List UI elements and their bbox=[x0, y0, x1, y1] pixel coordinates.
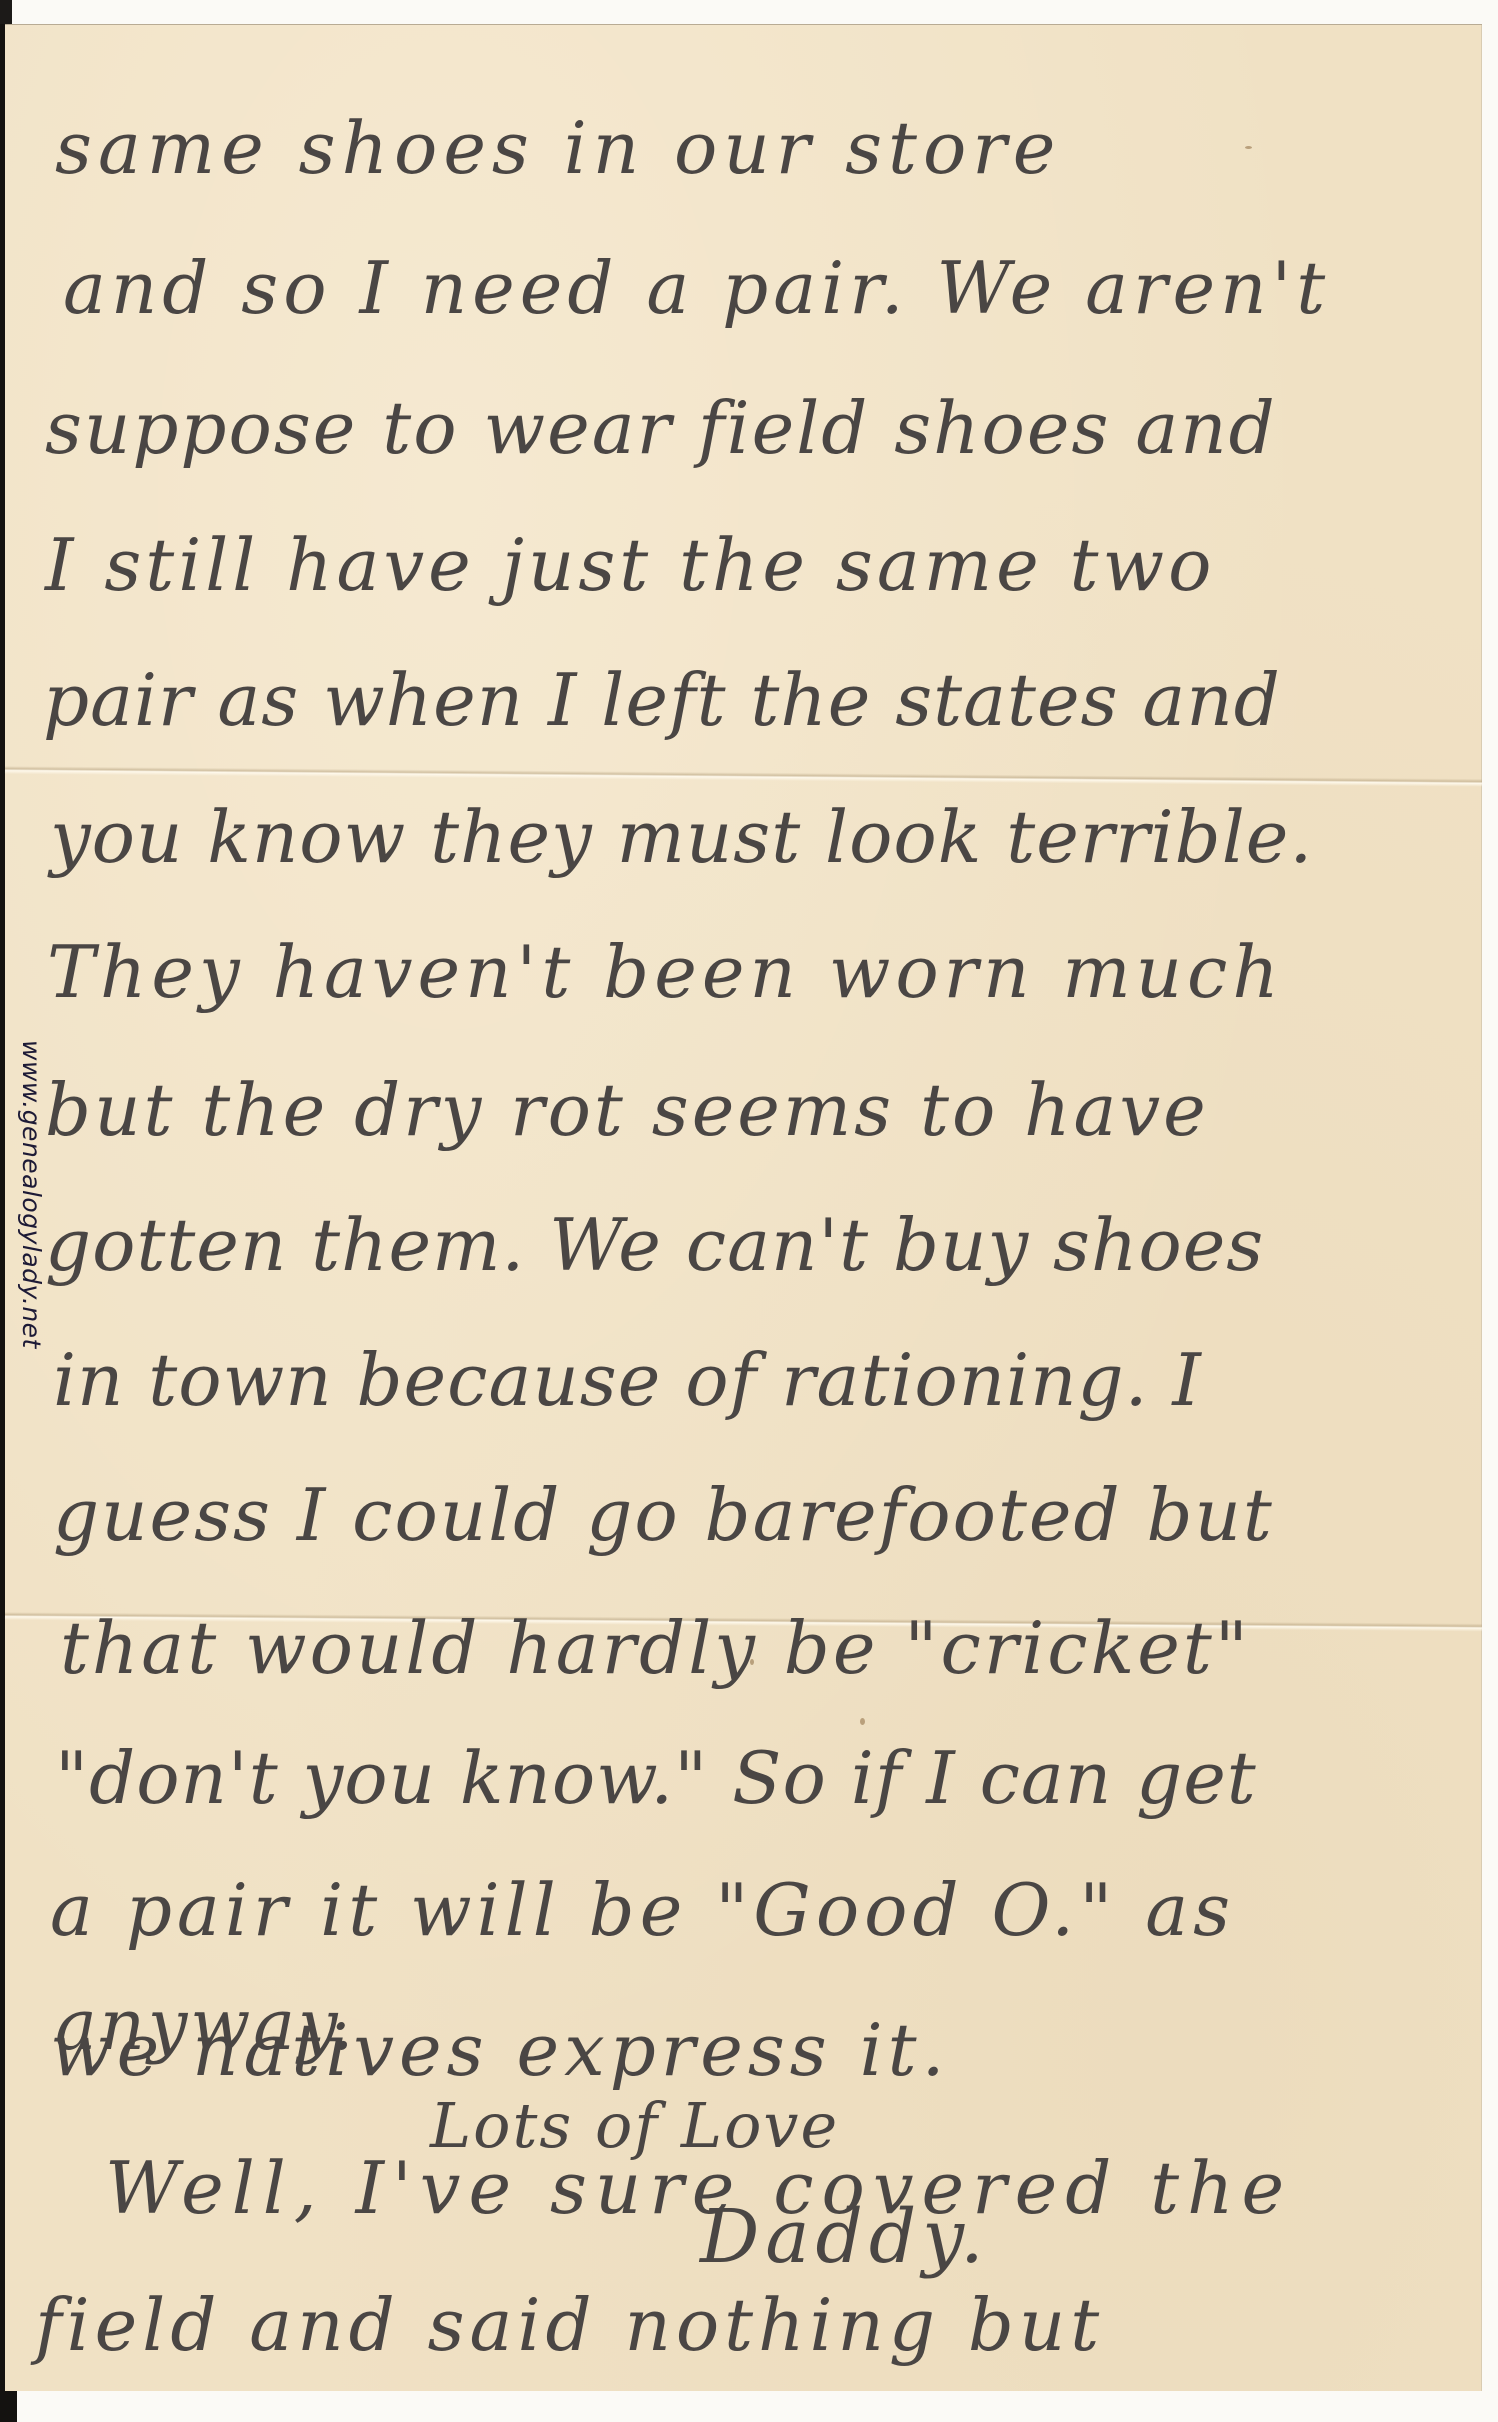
letter-line-4: I still have just the same two bbox=[45, 529, 1215, 601]
paper-speck bbox=[1245, 146, 1252, 149]
paper-speck bbox=[860, 1718, 865, 1725]
letter-line-13: "don't you know." So if I can get bbox=[55, 1742, 1257, 1814]
letter-line-18: anyway. bbox=[55, 1990, 357, 2060]
letter-line-17: field and said nothing but bbox=[35, 2289, 1104, 2361]
letter-line-16: Well, I've sure covered the bbox=[105, 2152, 1292, 2224]
scan-bottom-corner-mark bbox=[0, 2391, 17, 2422]
letter-line-14: a pair it will be "Good O." as bbox=[50, 1874, 1235, 1946]
letter-line-5: pair as when I left the states and bbox=[43, 664, 1281, 736]
letter-line-12: that would hardly be "cricket" bbox=[60, 1612, 1251, 1684]
letter-line-7: They haven't been worn much bbox=[47, 936, 1284, 1008]
letter-line-1: same shoes in our store bbox=[55, 112, 1061, 184]
letter-line-8: but the dry rot seems to have bbox=[45, 1074, 1209, 1146]
closing-salutation: Lots of Love bbox=[430, 2095, 839, 2157]
letter-line-11: guess I could go barefooted but bbox=[53, 1479, 1274, 1551]
letter-line-3: suppose to wear field shoes and bbox=[45, 392, 1277, 464]
fold-crease-upper bbox=[5, 766, 1482, 787]
scan-corner-mark bbox=[0, 0, 12, 24]
watermark-url: www.genealogylady.net bbox=[17, 1040, 46, 1349]
signature: Daddy. bbox=[700, 2200, 990, 2274]
letter-line-2: and so I need a pair. We aren't bbox=[63, 252, 1330, 324]
letter-line-9: gotten them. We can't buy shoes bbox=[45, 1209, 1264, 1281]
letter-line-6: you know they must look terrible. bbox=[50, 801, 1313, 873]
letter-line-10: in town because of rationing. I bbox=[53, 1344, 1202, 1416]
